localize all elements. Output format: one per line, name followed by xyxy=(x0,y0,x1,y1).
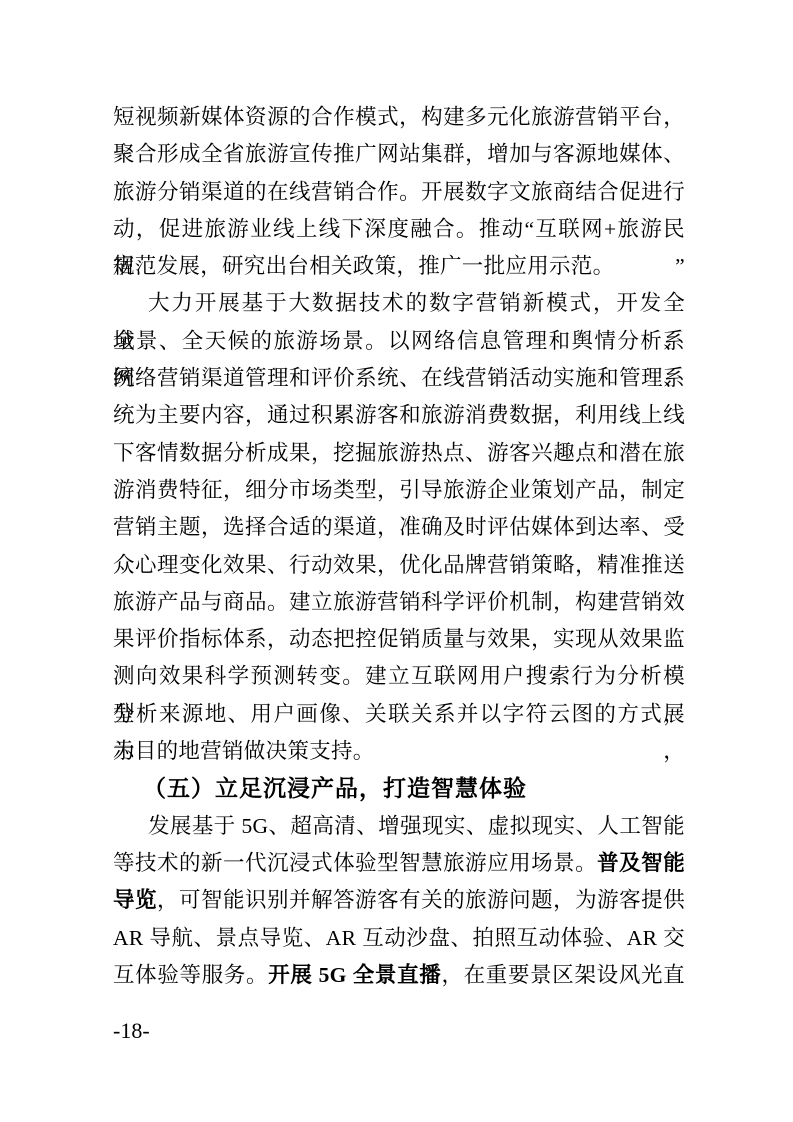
text-line: 统为主要内容，通过积累游客和旅游消费数据，利用线上线 xyxy=(113,397,685,434)
body-text: 众心理变化效果、行动效果，优化品牌营销策略，精准推送 xyxy=(113,553,685,577)
text-line: 发展基于 5G、超高清、增强现实、虚拟现实、人工智能 xyxy=(113,808,685,845)
body-text: 统为主要内容，通过积累游客和旅游消费数据，利用线上线 xyxy=(113,403,685,427)
text-line: 下客情数据分析成果，挖掘旅游热点、游客兴趣点和潜在旅 xyxy=(113,435,685,472)
text-line: 营销主题，选择合适的渠道，准确及时评估媒体到达率、受 xyxy=(113,509,685,546)
text-line: 旅游分销渠道的在线营销合作。开展数字文旅商结合促进行 xyxy=(113,174,685,211)
section-heading: （五）立足沉浸产品，打造智慧体验 xyxy=(113,770,685,807)
body-text: 互体验等服务。 xyxy=(113,963,268,987)
text-line: 大力开展基于大数据技术的数字营销新模式，开发全域、 xyxy=(113,285,685,322)
body-text: 等技术的新一代沉浸式体验型智慧旅游应用场景。 xyxy=(113,851,597,875)
document-page: 短视频新媒体资源的合作模式，构建多元化旅游营销平台，聚合形成全省旅游宣传推广网站… xyxy=(0,0,793,1122)
body-text: 为目的地营销做决策支持。 xyxy=(113,739,375,763)
body-text: AR 导航、景点导览、AR 互动沙盘、拍照互动体验、AR 交 xyxy=(113,926,685,950)
text-line: 等技术的新一代沉浸式体验型智慧旅游应用场景。普及智能 xyxy=(113,845,685,882)
body-text: 下客情数据分析成果，挖掘旅游热点、游客兴趣点和潜在旅 xyxy=(113,441,685,465)
body-text: 营销主题，选择合适的渠道，准确及时评估媒体到达率、受 xyxy=(113,515,685,539)
text-line: 规范发展，研究出台相关政策，推广一批应用示范。 xyxy=(113,248,685,285)
text-line: 众心理变化效果、行动效果，优化品牌营销策略，精准推送 xyxy=(113,547,685,584)
text-line: 聚合形成全省旅游宣传推广网站集群，增加与客源地媒体、 xyxy=(113,136,685,173)
text-line: 游消费特征，细分市场类型，引导旅游企业策划产品，制定 xyxy=(113,472,685,509)
text-line: 分析来源地、用户画像、关联关系并以字符云图的方式展示， xyxy=(113,696,685,733)
bold-text: 开展 5G 全景直播 xyxy=(268,963,441,987)
body-text: 网络营销渠道管理和评价系统、在线营销活动实施和管理系 xyxy=(113,366,685,390)
body-text: 规范发展，研究出台相关政策，推广一批应用示范。 xyxy=(113,254,614,278)
body-text: ，可智能识别并解答游客有关的旅游问题，为游客提供 xyxy=(157,888,685,912)
text-line: 果评价指标体系，动态把控促销质量与效果，实现从效果监 xyxy=(113,621,685,658)
bold-text: （五）立足沉浸产品，打造智慧体验 xyxy=(143,776,527,801)
body-text: 果评价指标体系，动态把控促销质量与效果，实现从效果监 xyxy=(113,627,685,651)
text-line: 网络营销渠道管理和评价系统、在线营销活动实施和管理系 xyxy=(113,360,685,397)
text-line: 旅游产品与商品。建立旅游营销科学评价机制，构建营销效 xyxy=(113,584,685,621)
bold-text: 导览 xyxy=(113,888,157,912)
bold-text: 普及智能 xyxy=(597,851,685,875)
page-number: -18- xyxy=(113,1016,150,1046)
body-text: 短视频新媒体资源的合作模式，构建多元化旅游营销平台， xyxy=(113,105,685,129)
body-text: 聚合形成全省旅游宣传推广网站集群，增加与客源地媒体、 xyxy=(113,142,685,166)
text-line: 全景、全天候的旅游场景。以网络信息管理和舆情分析系统、 xyxy=(113,323,685,360)
text-line: 短视频新媒体资源的合作模式，构建多元化旅游营销平台， xyxy=(113,99,685,136)
text-line: 互体验等服务。开展 5G 全景直播，在重要景区架设风光直 xyxy=(113,957,685,994)
text-lines: 短视频新媒体资源的合作模式，构建多元化旅游营销平台，聚合形成全省旅游宣传推广网站… xyxy=(113,99,685,994)
text-line: 测向效果科学预测转变。建立互联网用户搜索行为分析模型， xyxy=(113,658,685,695)
body-text: 旅游产品与商品。建立旅游营销科学评价机制，构建营销效 xyxy=(113,590,685,614)
text-line: AR 导航、景点导览、AR 互动沙盘、拍照互动体验、AR 交 xyxy=(113,920,685,957)
text-line: 导览，可智能识别并解答游客有关的旅游问题，为游客提供 xyxy=(113,882,685,919)
body-text: 游消费特征，细分市场类型，引导旅游企业策划产品，制定 xyxy=(113,478,685,502)
body-text: 旅游分销渠道的在线营销合作。开展数字文旅商结合促进行 xyxy=(113,180,685,204)
text-line: 动，促进旅游业线上线下深度融合。推动“互联网+旅游民宿” xyxy=(113,211,685,248)
body-text: ，在重要景区架设风光直 xyxy=(441,963,685,987)
body-text: 发展基于 5G、超高清、增强现实、虚拟现实、人工智能 xyxy=(148,814,685,838)
